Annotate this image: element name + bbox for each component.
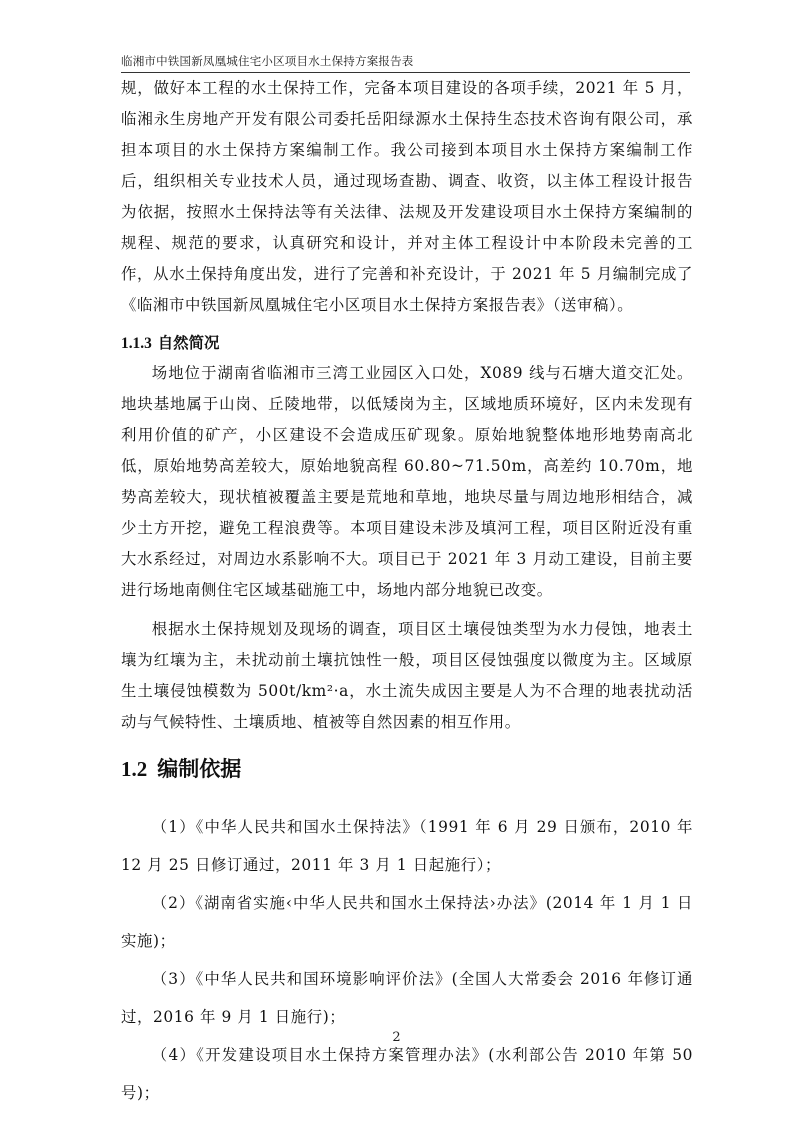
reference-item: （2）《湖南省实施‹中华人民共和国水土保持法›办法》(2014 年 1 月 1 … <box>121 884 693 960</box>
section-heading-1-2: 1.2编制依据 <box>121 752 693 786</box>
running-header: 临湘市中铁国新凤凰城住宅小区项目水土保持方案报告表 <box>121 52 690 73</box>
section-heading-1-1-3: 1.1.3自然简况 <box>121 329 693 358</box>
section-number: 1.1.3 <box>121 335 152 352</box>
page-content: 规，做好本工程的水土保持工作，完备本项目建设的各项手续，2021 年 5 月，临… <box>121 73 693 1112</box>
intro-paragraph: 规，做好本工程的水土保持工作，完备本项目建设的各项手续，2021 年 5 月，临… <box>121 73 693 321</box>
document-page: 临湘市中铁国新凤凰城住宅小区项目水土保持方案报告表 规，做好本工程的水土保持工作… <box>0 0 793 1122</box>
natural-conditions-paragraph-2: 根据水土保持规划及现场的调查，项目区土壤侵蚀类型为水力侵蚀，地表土壤为红壤为主，… <box>121 614 693 738</box>
reference-item: （3）《中华人民共和国环境影响评价法》(全国人大常委会 2016 年修订通过，2… <box>121 960 693 1036</box>
reference-item: （4）《开发建设项目水土保持方案管理办法》(水利部公告 2010 年第 50 号… <box>121 1036 693 1112</box>
page-number: 2 <box>0 1030 793 1046</box>
section-title: 自然简况 <box>158 334 220 352</box>
section-title: 编制依据 <box>157 757 241 781</box>
reference-item: （1）《中华人民共和国水土保持法》（1991 年 6 月 29 日颁布，2010… <box>121 808 693 884</box>
section-number: 1.2 <box>121 757 147 781</box>
natural-conditions-paragraph-1: 场地位于湖南省临湘市三湾工业园区入口处，X089 线与石塘大道交汇处。地块基地属… <box>121 358 693 606</box>
